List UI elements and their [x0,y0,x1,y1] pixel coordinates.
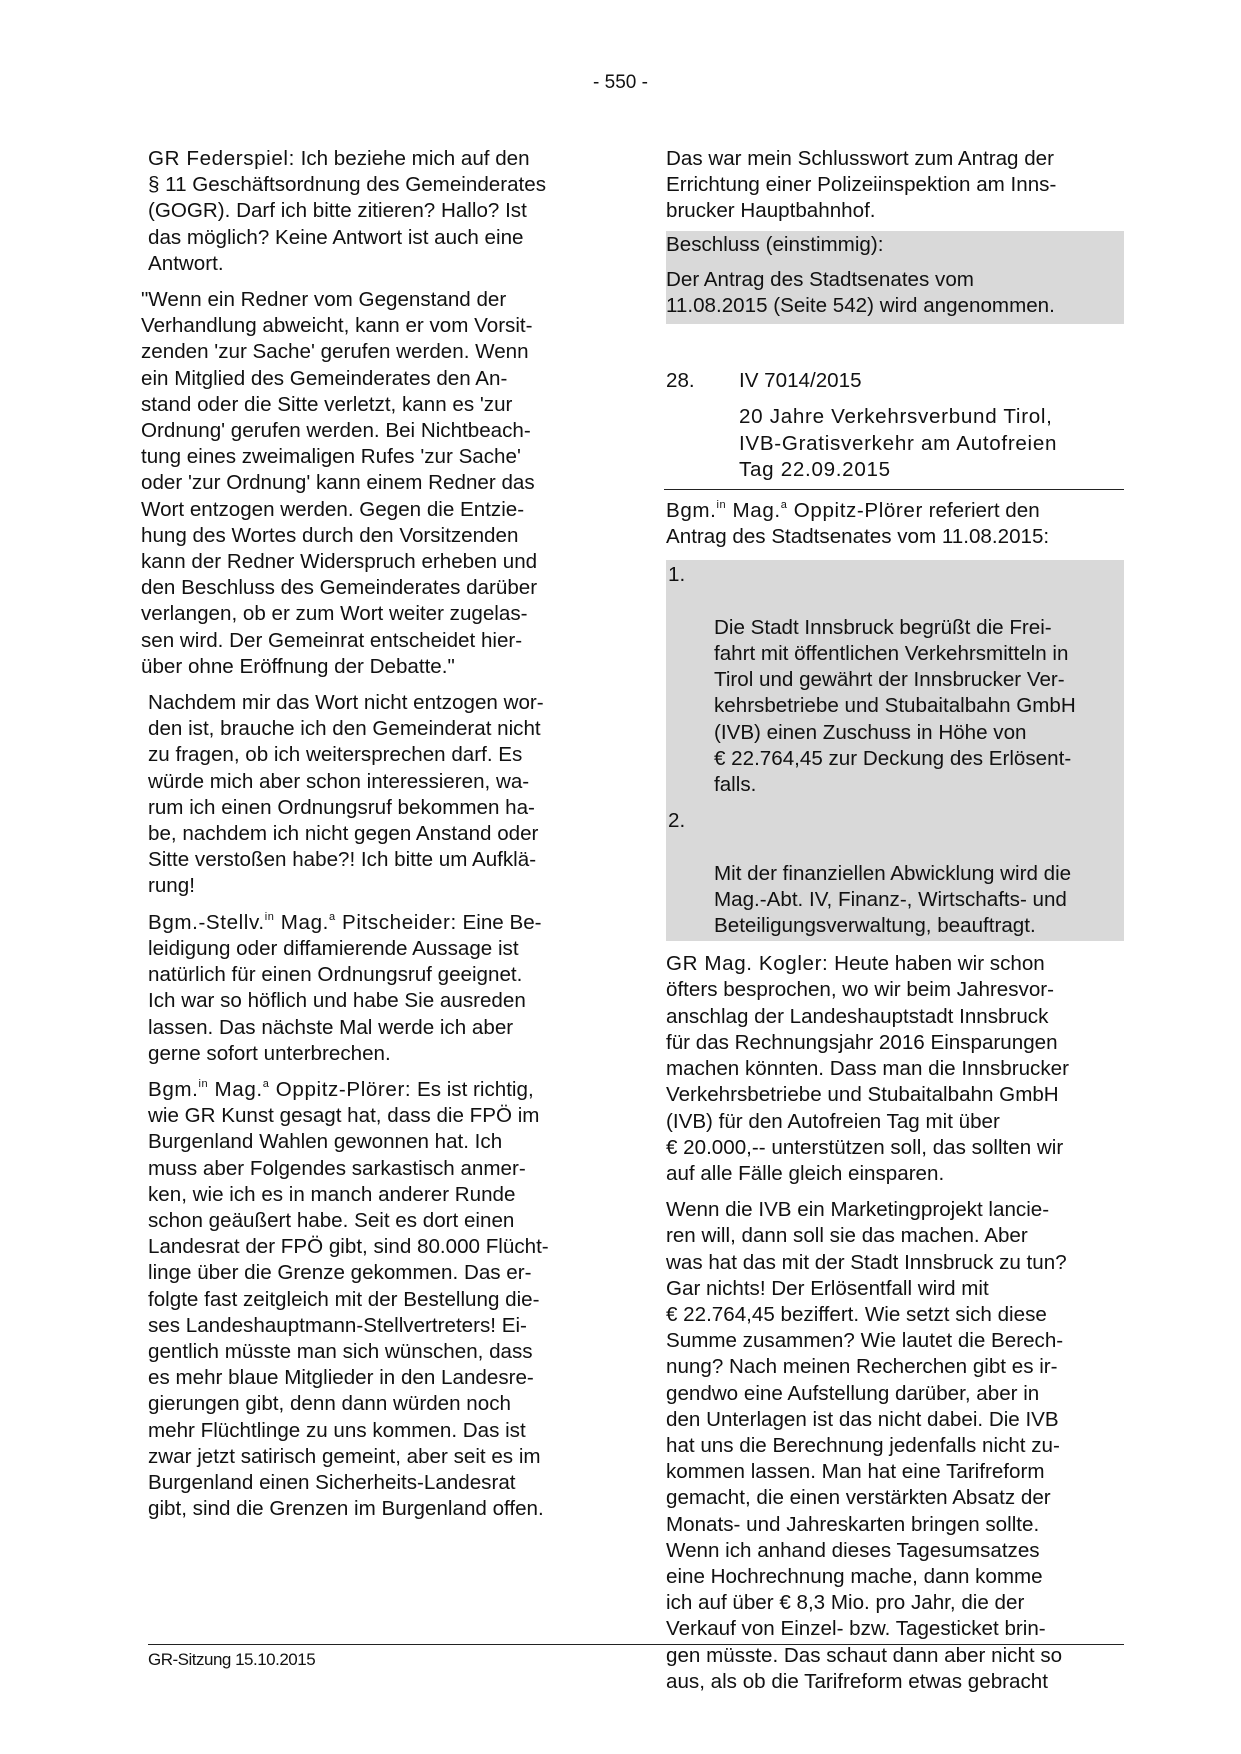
motion-list: 1. Die Stadt Innsbruck begrüßt die Frei-… [666,560,1124,941]
speaker-name: GR Mag. Kogler: [666,952,828,975]
paragraph-text: Es ist richtig, wie GR Kunst gesagt hat,… [148,1078,549,1520]
agenda-item-number: 28. [666,368,695,394]
list-number: 2. [668,808,685,834]
paragraph-federspiel-continued: Nachdem mir das Wort nicht entzogen wor-… [148,690,588,900]
resolution-box: Beschluss (einstimmig): Der Antrag des S… [666,231,1124,325]
footer-rule [148,1644,1124,1645]
speaker-name: GR Federspiel: [148,147,295,170]
resolution-text: Der Antrag des Stadtsenates vom 11.08.20… [666,263,1124,324]
paragraph-pitscheider: Bgm.-Stellv.in Mag.a Pitscheider: Eine B… [148,910,588,1067]
quoted-rule-text: "Wenn ein Redner vom Gegenstand der Verh… [141,287,588,680]
list-text: Die Stadt Innsbruck begrüßt die Frei- fa… [714,616,1076,796]
paragraph-kogler-continued: Wenn die IVB ein Marketingprojekt lancie… [666,1197,1124,1695]
right-column: Das war mein Schlusswort zum Antrag der … [666,146,1124,1705]
speaker-name: Bgm.in Mag.a Oppitz-Plörer: [148,1078,411,1101]
list-text: Mit der finanziellen Abwicklung wird die… [714,862,1071,937]
agenda-item-header: 28. IV 7014/2015 20 Jahre Verkehrsverbun… [666,368,1124,483]
paragraph-motion-intro: Bgm.in Mag.a Oppitz-Plörer referiert den… [666,498,1124,550]
paragraph-federspiel: GR Federspiel: Ich beziehe mich auf den … [148,146,588,277]
resolution-label: Beschluss (einstimmig): [666,231,1124,263]
agenda-item-code: IV 7014/2015 [739,368,1124,394]
speaker-name: Bgm.in Mag.a Oppitz-Plörer [666,499,923,522]
paragraph-oppitz-ploerer: Bgm.in Mag.a Oppitz-Plörer: Es ist richt… [148,1077,588,1522]
footer-session-date: GR-Sitzung 15.10.2015 [148,1650,315,1670]
horizontal-rule [664,489,1124,490]
list-number: 1. [668,562,685,588]
paragraph-closing-statement: Das war mein Schlusswort zum Antrag der … [666,146,1124,225]
motion-list-item: 1. Die Stadt Innsbruck begrüßt die Frei-… [666,562,1124,798]
paragraph-kogler: GR Mag. Kogler: Heute haben wir schon öf… [666,951,1124,1187]
paragraph-text: Heute haben wir schon öfters besprochen,… [666,952,1069,1185]
speaker-name: Bgm.-Stellv.in Mag.a Pitscheider: [148,911,457,934]
agenda-item-title: 20 Jahre Verkehrsverbund Tirol, IVB-Grat… [739,404,1124,483]
motion-list-item: 2. Mit der finanziellen Abwicklung wird … [666,808,1124,939]
left-column: GR Federspiel: Ich beziehe mich auf den … [148,146,588,1532]
page-number: - 550 - [0,72,1241,94]
